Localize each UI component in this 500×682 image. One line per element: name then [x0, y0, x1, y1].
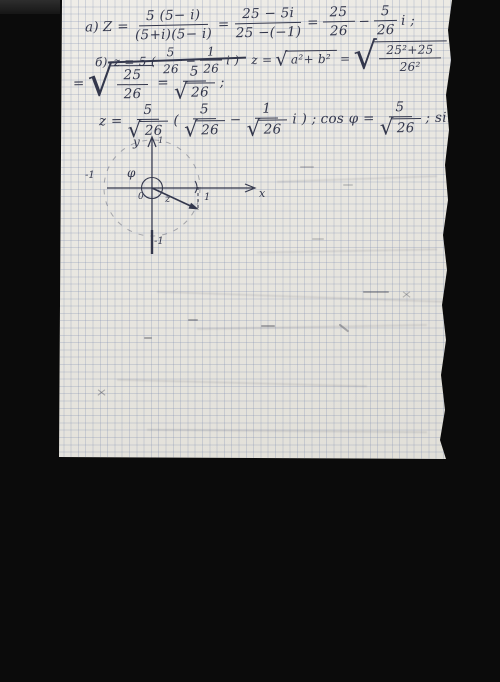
crease-mark — [257, 248, 437, 253]
one-x-label: 1 — [204, 192, 210, 203]
complex-plane-diagram: y 1 x -1 0 φ z 1 -1 — [77, 130, 277, 258]
scratch-mark — [300, 166, 314, 168]
vector-z-label: z — [164, 194, 171, 205]
scratch-mark — [343, 184, 353, 186]
crease-mark — [117, 379, 367, 388]
origin-label: 0 — [138, 192, 144, 202]
scratch-x-mark — [402, 290, 411, 299]
crease-mark — [197, 324, 427, 330]
vector-z — [152, 188, 196, 209]
minus-one-y-label: -1 — [154, 236, 164, 247]
scratch-x-mark — [97, 388, 106, 397]
scanned-page: { "scene": { "background_color": "#0b0b0… — [0, 0, 500, 682]
scratch-mark — [261, 325, 275, 327]
y-axis-label: y — [132, 135, 140, 149]
y-top-tick-label: 1 — [158, 136, 163, 146]
x-axis-label: x — [259, 187, 266, 200]
scratch-mark — [144, 337, 152, 339]
crease-mark — [277, 175, 437, 183]
minus-one-x-label: -1 — [85, 170, 95, 181]
tick-1-mark — [195, 181, 197, 193]
scratch-mark — [363, 291, 389, 293]
phi-label: φ — [127, 166, 136, 180]
scanner-light-artifact — [0, 0, 60, 14]
notebook-sheet: а)Z =5 (5− i)(5+i)(5− i)=25 − 5i25 −(−1)… — [57, 0, 453, 460]
crease-mark — [157, 291, 457, 303]
formula-line-c: =√2526=5√26; — [71, 63, 227, 103]
scratch-mark — [188, 319, 198, 321]
crease-mark — [147, 429, 427, 433]
scratch-mark — [312, 238, 324, 240]
